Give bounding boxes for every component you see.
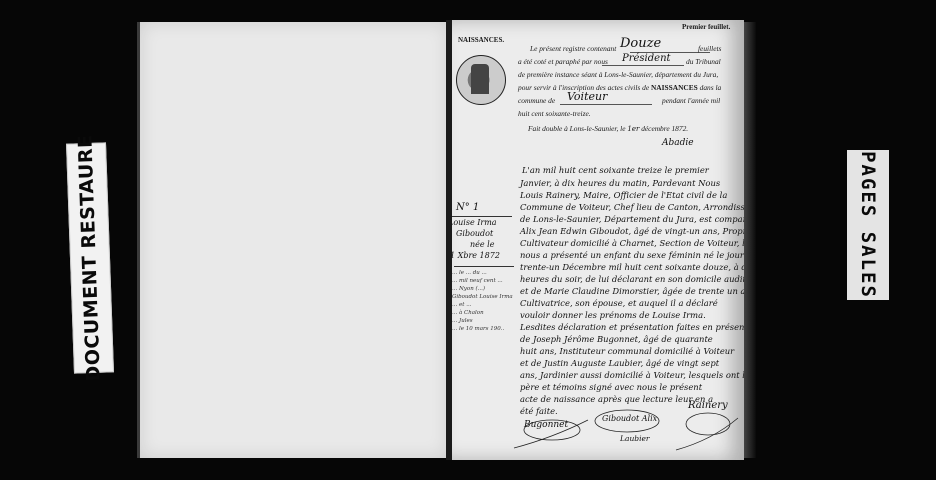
child-name: Louise Irma (452, 218, 497, 227)
pages-sales-stamp: PAGES SALES (847, 150, 889, 300)
act-number: N° 1 (456, 202, 479, 213)
tribunal-seal-icon (456, 55, 506, 105)
page-marker: Premier feuillet. (682, 23, 730, 31)
stamp-text: DOCUMENT RESTAURE (75, 134, 106, 382)
signature-flourish-icon (672, 404, 742, 454)
registrar-signature: Abadie (662, 138, 694, 148)
signature-flourish-icon (512, 412, 592, 452)
blank-left-page (137, 22, 448, 458)
stamp-text: PAGES SALES (857, 151, 879, 299)
birth-date: 1 Xbre 1872 (452, 251, 500, 260)
fill-commune: Voiteur (567, 90, 607, 103)
document-restaure-stamp: DOCUMENT RESTAURE (66, 142, 114, 373)
page-edge-shadow (744, 22, 756, 458)
child-surname: Giboudot (456, 229, 493, 238)
fill-president: Président (622, 53, 671, 64)
signature-flourish-icon (592, 406, 662, 436)
section-title: NAISSANCES. (458, 36, 504, 44)
signature-witness-2: Laubier (620, 434, 650, 443)
fill-feuillets: Douze (620, 36, 661, 51)
register-page: Premier feuillet. NAISSANCES. Le présent… (452, 20, 744, 460)
